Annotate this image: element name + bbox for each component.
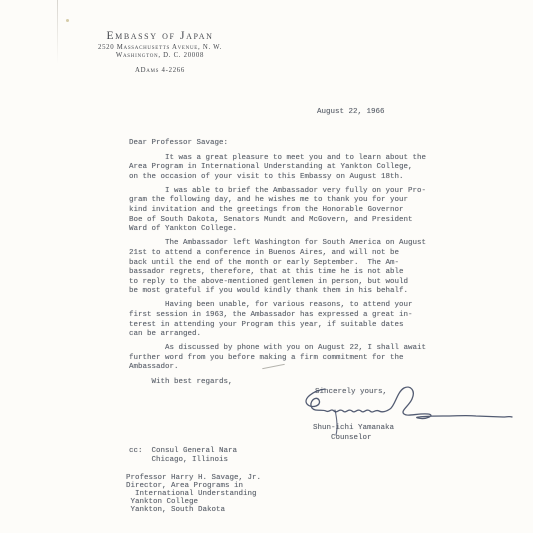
signer-title: Counselor <box>331 434 372 444</box>
letterhead-org: Embassy of Japan <box>68 30 252 42</box>
recipient-block: Professor Harry H. Savage, Jr. Director,… <box>126 474 261 514</box>
paper-edge-line <box>57 0 58 64</box>
paragraph-3: The Ambassador left Washington for South… <box>129 239 426 297</box>
paragraph-5: As discussed by phone with you on August… <box>129 344 426 373</box>
letter-paper: Embassy of Japan 2520 Massachusetts Aven… <box>0 0 533 533</box>
signature-scrawl <box>306 387 512 418</box>
date-line: August 22, 1966 <box>317 108 385 118</box>
letterhead-phone: ADams 4-2266 <box>68 67 252 74</box>
letter-body: Dear Professor Savage: It was a great pl… <box>129 139 426 392</box>
letterhead-city: Washington, D. C. 20008 <box>68 52 252 59</box>
paper-stain-speck <box>66 19 69 22</box>
letterhead-address: 2520 Massachusetts Avenue, N. W. <box>68 44 252 51</box>
paragraph-4: Having been unable, for various reasons,… <box>129 301 426 339</box>
paragraph-1: It was a great pleasure to meet you and … <box>129 154 426 183</box>
letter-scan: { "colors": { "paper": "#fdfcf9", "typed… <box>0 0 533 533</box>
signer-name: Shun-ichi Yamanaka <box>313 424 394 434</box>
salutation: Dear Professor Savage: <box>129 139 426 149</box>
paragraph-2: I was able to brief the Ambassador very … <box>129 187 426 235</box>
letterhead: Embassy of Japan 2520 Massachusetts Aven… <box>68 30 252 74</box>
cc-block: cc: Consul General Nara Chicago, Illinoi… <box>129 447 237 465</box>
